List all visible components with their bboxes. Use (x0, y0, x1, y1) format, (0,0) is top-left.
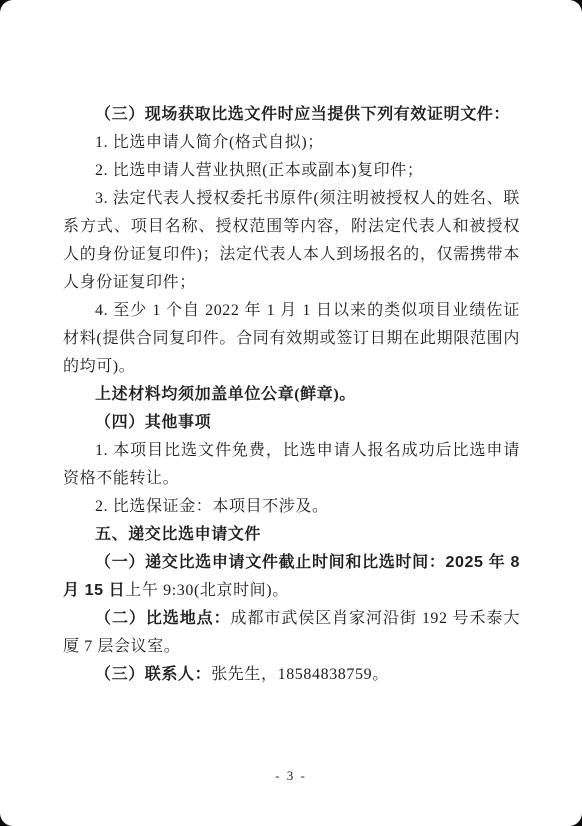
para-section-5-heading: 五、递交比选申请文件 (63, 521, 520, 549)
paragraph-text: 2. 比选保证金：本项目不涉及。 (95, 498, 329, 515)
para-performance-record: 4. 至少 1 个自 2022 年 1 月 1 日以来的类似项目业绩佐证材料(提… (63, 297, 520, 381)
para-deposit: 2. 比选保证金：本项目不涉及。 (63, 493, 520, 521)
para-site-docs-heading: （三）现场获取比选文件时应当提供下列有效证明文件： (63, 101, 520, 129)
document-body: （三）现场获取比选文件时应当提供下列有效证明文件： 1. 比选申请人简介(格式自… (63, 101, 520, 689)
contact-value: 张先生，18584838759。 (211, 666, 389, 683)
location-label: （二）比选地点： (95, 610, 231, 627)
para-free-documents: 1. 本项目比选文件免费，比选申请人报名成功后比选申请资格不能转让。 (63, 437, 520, 493)
paragraph-text: 3. 法定代表人授权委托书原件(须注明被授权人的姓名、联系方式、项目名称、授权范… (63, 190, 520, 291)
para-contact: （三）联系人：张先生，18584838759。 (63, 661, 520, 689)
paragraph-text: 1. 本项目比选文件免费，比选申请人报名成功后比选申请资格不能转让。 (63, 442, 520, 487)
heading-section-5: 五、递交比选申请文件 (95, 526, 261, 543)
paragraph-text: 4. 至少 1 个自 2022 年 1 月 1 日以来的类似项目业绩佐证材料(提… (63, 302, 520, 375)
para-location: （二）比选地点：成都市武侯区肖家河沿街 192 号禾泰大厦 7 层会议室。 (63, 605, 520, 661)
paragraph-text: 上述材料均须加盖单位公章(鲜章)。 (95, 386, 356, 403)
document-page: （三）现场获取比选文件时应当提供下列有效证明文件： 1. 比选申请人简介(格式自… (0, 0, 582, 826)
para-seal-requirement: 上述材料均须加盖单位公章(鲜章)。 (63, 381, 520, 409)
paragraph-text: 2. 比选申请人营业执照(正本或副本)复印件； (95, 162, 423, 179)
para-other-matters-heading: （四）其他事项 (63, 409, 520, 437)
page-number: - 3 - (0, 768, 582, 784)
para-power-of-attorney: 3. 法定代表人授权委托书原件(须注明被授权人的姓名、联系方式、项目名称、授权范… (63, 185, 520, 297)
para-applicant-profile: 1. 比选申请人简介(格式自拟)； (63, 129, 520, 157)
heading-item-4: （四）其他事项 (95, 414, 211, 431)
paragraph-text: 1. 比选申请人简介(格式自拟)； (95, 134, 324, 151)
para-deadline: （一）递交比选申请文件截止时间和比选时间：2025 年 8 月 15 日上午 9… (63, 549, 520, 605)
para-business-license: 2. 比选申请人营业执照(正本或副本)复印件； (63, 157, 520, 185)
contact-label: （三）联系人： (95, 666, 211, 683)
deadline-label: （一）递交比选申请文件截止时间和比选时间： (95, 554, 446, 571)
deadline-time: 上午 9:30(北京时间)。 (125, 582, 289, 599)
heading-item-3: （三）现场获取比选文件时应当提供下列有效证明文件： (95, 106, 510, 123)
